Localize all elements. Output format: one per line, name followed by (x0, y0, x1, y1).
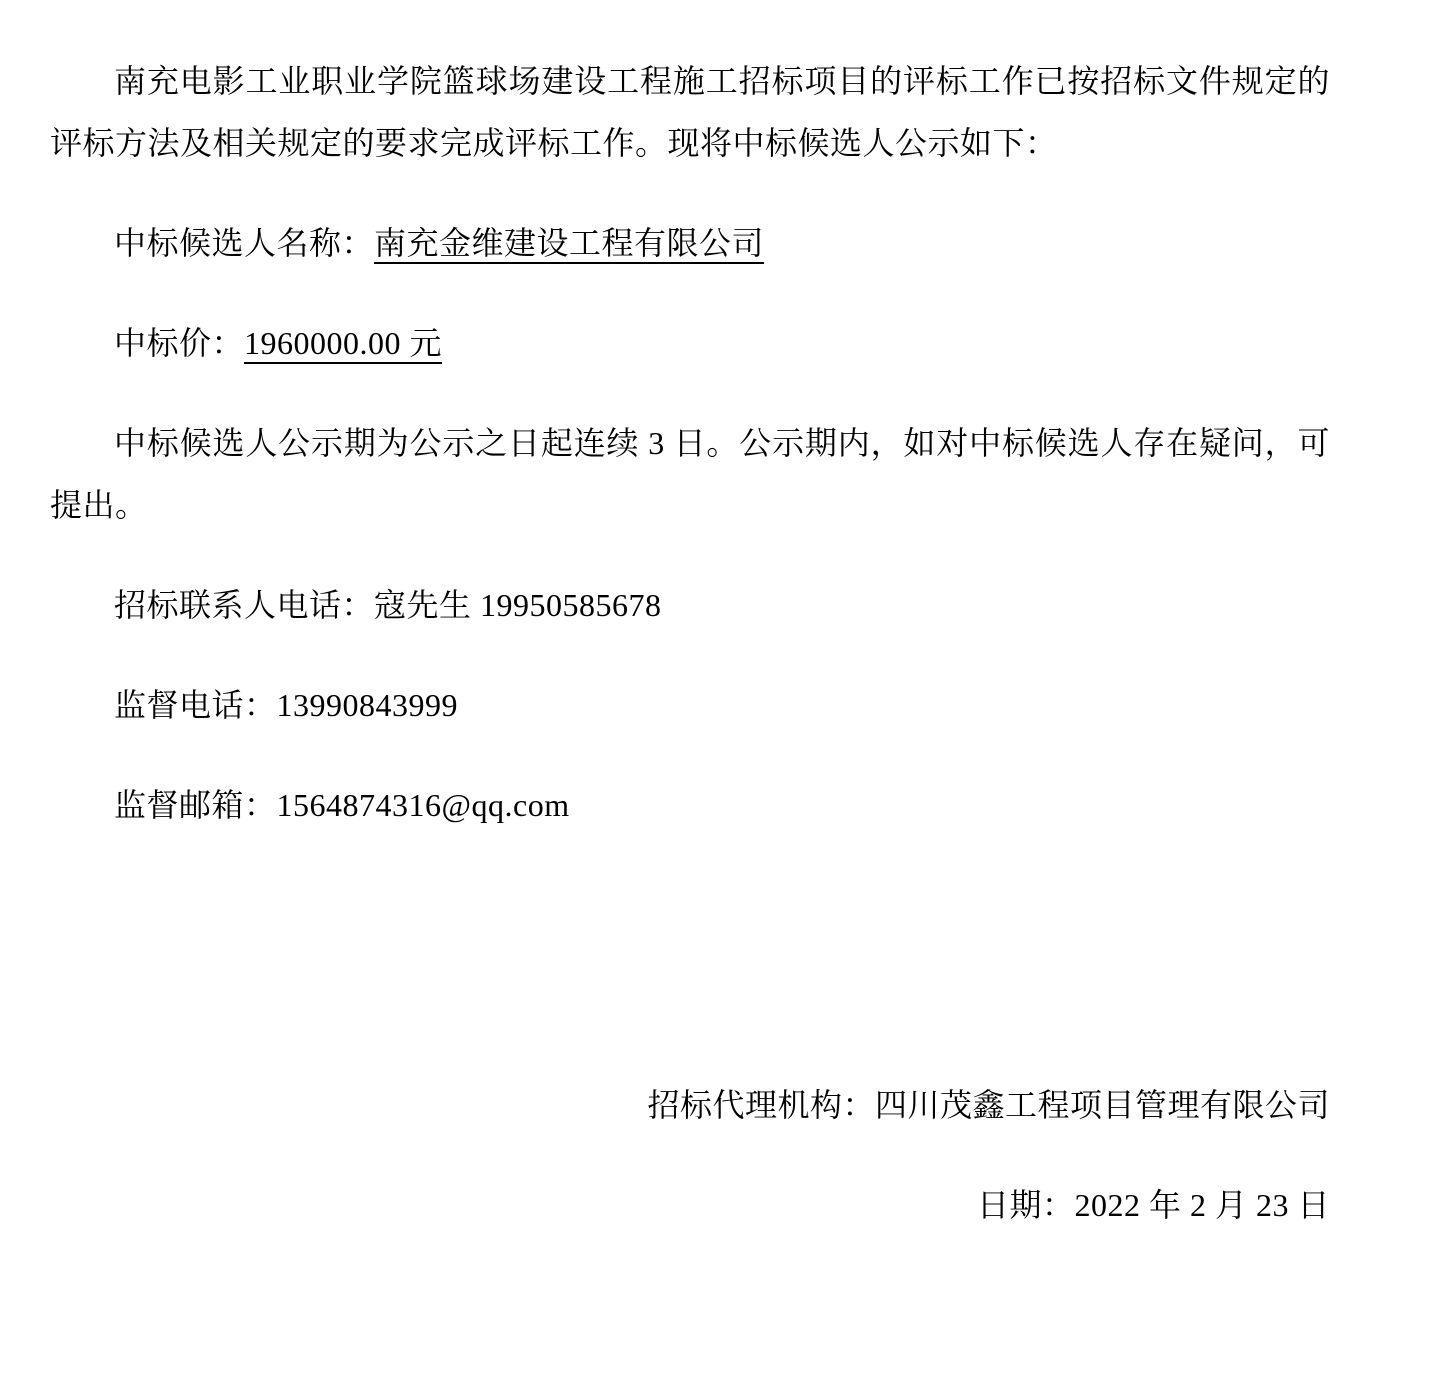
date-label: 日期： (977, 1187, 1075, 1223)
agency-row: 招标代理机构：四川茂鑫工程项目管理有限公司 (50, 1074, 1330, 1136)
contact-phone-value: 寇先生 19950585678 (374, 587, 662, 623)
blank-space (50, 874, 1330, 1074)
supervision-email-label: 监督邮箱： (114, 787, 277, 823)
supervision-phone-label: 监督电话： (114, 687, 277, 723)
publicity-period-paragraph: 中标候选人公示期为公示之日起连续 3 日。公示期内，如对中标候选人存在疑问，可提… (50, 412, 1330, 536)
supervision-email-value: 1564874316@qq.com (277, 787, 570, 823)
supervision-phone-value: 13990843999 (277, 687, 459, 723)
candidate-name-row: 中标候选人名称：南充金维建设工程有限公司 (50, 212, 1330, 274)
bid-price-label: 中标价： (114, 325, 244, 361)
document-page: 南充电影工业职业学院篮球场建设工程施工招标项目的评标工作已按招标文件规定的评标方… (0, 0, 1429, 1375)
supervision-email-row: 监督邮箱：1564874316@qq.com (50, 774, 1330, 836)
date-value: 2022 年 2 月 23 日 (1074, 1187, 1330, 1223)
contact-phone-label: 招标联系人电话： (114, 587, 374, 623)
agency-label: 招标代理机构： (647, 1087, 875, 1123)
contact-phone-row: 招标联系人电话：寇先生 19950585678 (50, 574, 1330, 636)
candidate-name-label: 中标候选人名称： (114, 225, 374, 261)
date-row: 日期：2022 年 2 月 23 日 (50, 1174, 1330, 1236)
bid-price-value: 1960000.00 元 (244, 325, 442, 361)
agency-value: 四川茂鑫工程项目管理有限公司 (875, 1087, 1330, 1123)
supervision-phone-row: 监督电话：13990843999 (50, 674, 1330, 736)
bid-price-row: 中标价：1960000.00 元 (50, 312, 1330, 374)
candidate-name-value: 南充金维建设工程有限公司 (374, 225, 782, 261)
intro-paragraph: 南充电影工业职业学院篮球场建设工程施工招标项目的评标工作已按招标文件规定的评标方… (50, 50, 1330, 174)
